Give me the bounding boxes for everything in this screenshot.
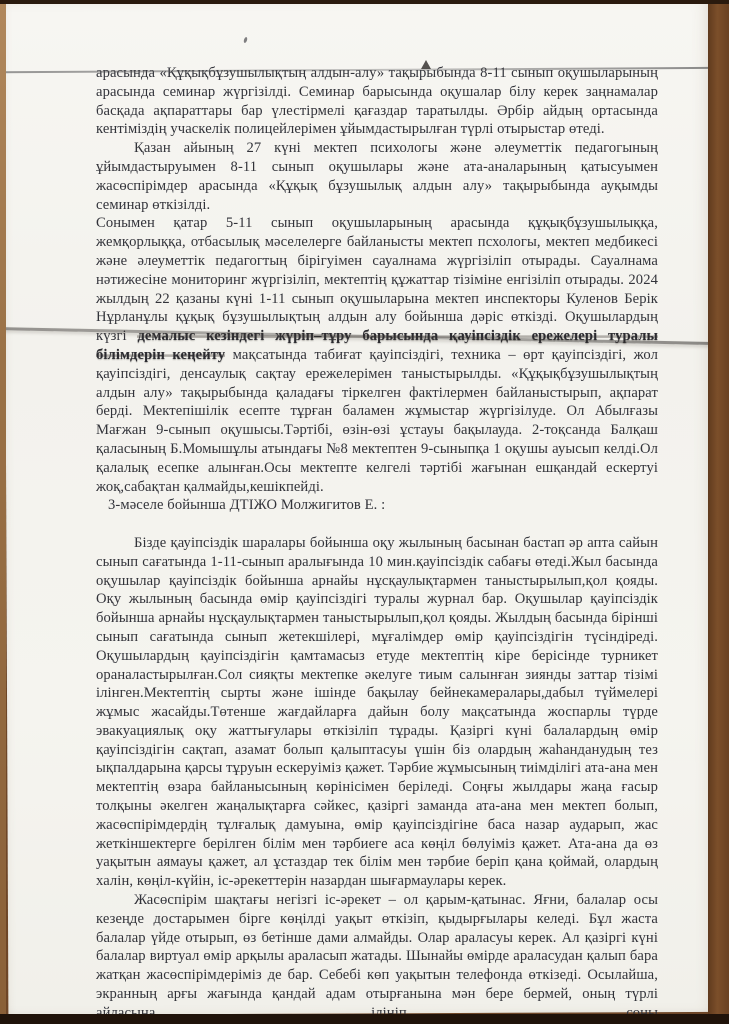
paragraph-continuation: арасында «Құқықбұзушылықтың алдын-алу» т…	[96, 64, 658, 139]
paragraph-teen-communication: Жасөспірім шақтағы негізгі іс-әрекет – о…	[96, 891, 658, 1023]
survey-text-before-crease: Сонымен қатар 5-11 сынып оқушыларының ар…	[96, 215, 658, 344]
scanned-document-photo: { "document": { "language": "Kazakh", "k…	[0, 0, 729, 1024]
agenda-item-3-heading: 3-мәселе бойынша ДТІЖО Молжигитов Е. :	[96, 496, 658, 515]
document-text: арасында «Құқықбұзушылықтың алдын-алу» т…	[96, 64, 658, 1023]
table-edge-bottom	[0, 1014, 729, 1024]
survey-text-after-crease: мақсатында табиғат қауіпсіздігі, техника…	[96, 347, 658, 495]
paragraph-survey-and-inspector: Сонымен қатар 5-11 сынып оқушыларының ар…	[96, 214, 658, 496]
crease-fold-mark	[421, 60, 431, 69]
table-edge-top	[0, 0, 729, 4]
paragraph-october-seminar: Қазан айының 27 күні мектеп психологы жә…	[96, 139, 658, 214]
table-edge-left	[0, 0, 6, 1024]
paragraph-safety-measures: Бізде қауіпсіздік шаралары бойынша оқу ж…	[96, 534, 658, 891]
table-edge-right	[708, 0, 729, 1024]
